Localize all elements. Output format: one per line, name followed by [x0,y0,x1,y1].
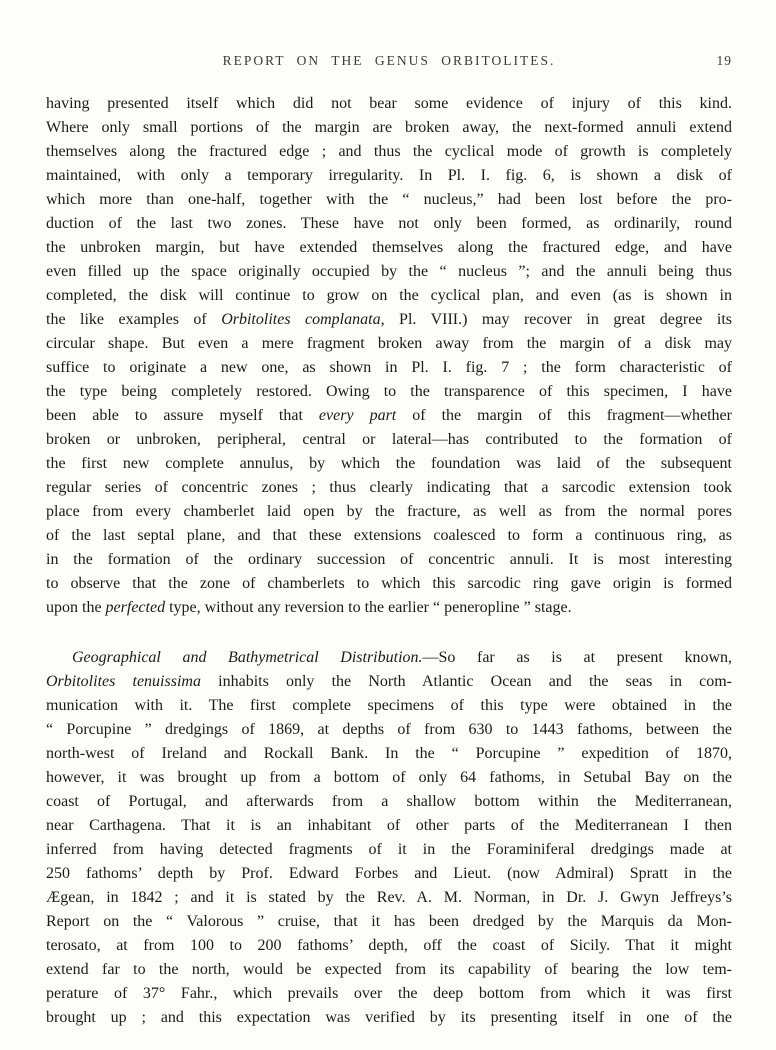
text-line: the type being completely restored. Owin… [46,380,732,404]
text-run: “ Porcupine ” dredgings of 1869, at dept… [46,721,732,738]
text-run: in the formation of the ordinary success… [46,551,732,568]
text-run: terosato, at from 100 to 200 fathoms’ de… [46,937,732,954]
text-run: near Carthagena. That it is an inhabitan… [46,817,732,834]
text-line: coast of Portugal, and afterwards from a… [46,790,732,814]
book-page: REPORT ON THE GENUS ORBITOLITES. 19 havi… [0,0,776,1050]
text-run: —So far as is at present known, [423,649,732,666]
text-line: munication with it. The first complete s… [46,694,732,718]
text-run: of the last septal plane, and that these… [46,527,732,544]
text-run: brought up ; and this expectation was ve… [46,1009,732,1026]
text-line: having presented itself which did not be… [46,92,732,116]
italic-text-run: Orbitolites tenuissima [46,673,201,690]
text-line: however, it was brought up from a bottom… [46,766,732,790]
text-line: maintained, with only a temporary irregu… [46,164,732,188]
italic-text-run: Geographical and Bathymetrical Distribut… [72,649,423,666]
text-line: Geographical and Bathymetrical Distribut… [46,646,732,670]
text-run: upon the [46,599,106,616]
text-run: broken or unbroken, peripheral, central … [46,431,732,448]
text-line: broken or unbroken, peripheral, central … [46,428,732,452]
text-line: the like examples of Orbitolites complan… [46,308,732,332]
italic-text-run: Orbitolites complanata [221,311,380,328]
text-line: which more than one-half, together with … [46,188,732,212]
text-line: perature of 37° Fahr., which prevails ov… [46,982,732,1006]
italic-text-run: every part [319,407,396,424]
text-line: in the formation of the ordinary success… [46,548,732,572]
text-line: to observe that the zone of chamberlets … [46,572,732,596]
text-line: the unbroken margin, but have extended t… [46,236,732,260]
text-line: completed, the disk will continue to gro… [46,284,732,308]
running-header: REPORT ON THE GENUS ORBITOLITES. 19 [46,53,732,71]
text-run: suffice to originate a new one, as shown… [46,359,732,376]
text-line: suffice to originate a new one, as shown… [46,356,732,380]
text-line: duction of the last two zones. These hav… [46,212,732,236]
text-run: which more than one-half, together with … [46,191,732,208]
text-line: circular shape. But even a mere fragment… [46,332,732,356]
text-run: the unbroken margin, but have extended t… [46,239,732,256]
text-run: even filled up the space originally occu… [46,263,732,280]
page-body: having presented itself which did not be… [46,92,732,1030]
text-line: the first new complete annulus, by which… [46,452,732,476]
running-header-title: REPORT ON THE GENUS ORBITOLITES. [46,53,732,69]
text-run: Report on the “ Valorous ” cruise, that … [46,913,732,930]
text-line: 250 fathoms’ depth by Prof. Edward Forbe… [46,862,732,886]
italic-text-run: perfected [106,599,166,616]
text-line: even filled up the space originally occu… [46,260,732,284]
text-run: circular shape. But even a mere fragment… [46,335,732,352]
text-line: Where only small portions of the margin … [46,116,732,140]
text-run: the type being completely restored. Owin… [46,383,732,400]
text-run: to observe that the zone of chamberlets … [46,575,732,592]
text-run: themselves along the fractured edge ; an… [46,143,732,160]
text-line: been able to assure myself that every pa… [46,404,732,428]
text-line: Report on the “ Valorous ” cruise, that … [46,910,732,934]
text-run: type, without any reversion to the earli… [165,599,572,616]
text-line: “ Porcupine ” dredgings of 1869, at dept… [46,718,732,742]
text-run: inferred from having detected fragments … [46,841,732,858]
text-run: maintained, with only a temporary irregu… [46,167,732,184]
text-run: perature of 37° Fahr., which prevails ov… [46,985,732,1002]
text-run: duction of the last two zones. These hav… [46,215,732,232]
page-number: 19 [717,53,733,69]
text-run: completed, the disk will continue to gro… [46,287,732,304]
text-line: north-west of Ireland and Rockall Bank. … [46,742,732,766]
text-run: Where only small portions of the margin … [46,119,732,136]
text-line: regular series of concentric zones ; thu… [46,476,732,500]
text-line: of the last septal plane, and that these… [46,524,732,548]
text-run: Ægean, in 1842 ; and it is stated by the… [46,889,732,906]
text-run: however, it was brought up from a bottom… [46,769,732,786]
text-run: north-west of Ireland and Rockall Bank. … [46,745,732,762]
text-run: the first new complete annulus, by which… [46,455,732,472]
text-run: coast of Portugal, and afterwards from a… [46,793,732,810]
text-line: Ægean, in 1842 ; and it is stated by the… [46,886,732,910]
text-run: , Pl. VIII.) may recover in great degree… [381,311,732,328]
text-line: terosato, at from 100 to 200 fathoms’ de… [46,934,732,958]
text-line: themselves along the fractured edge ; an… [46,140,732,164]
text-line: inferred from having detected fragments … [46,838,732,862]
text-run: extend far to the north, would be expect… [46,961,732,978]
text-run: inhabits only the North Atlantic Ocean a… [201,673,732,690]
text-run: regular series of concentric zones ; thu… [46,479,732,496]
text-line: near Carthagena. That it is an inhabitan… [46,814,732,838]
text-line: brought up ; and this expectation was ve… [46,1006,732,1030]
text-run: the like examples of [46,311,221,328]
text-line: Orbitolites tenuissima inhabits only the… [46,670,732,694]
text-run: place from every chamberlet laid open by… [46,503,732,520]
text-run: of the margin of this fragment—whether [396,407,732,424]
paragraph: Geographical and Bathymetrical Distribut… [46,646,732,1030]
text-run: been able to assure myself that [46,407,319,424]
text-run: 250 fathoms’ depth by Prof. Edward Forbe… [46,865,732,882]
text-line: extend far to the north, would be expect… [46,958,732,982]
text-run: munication with it. The first complete s… [46,697,732,714]
text-line: place from every chamberlet laid open by… [46,500,732,524]
text-run: having presented itself which did not be… [46,95,732,112]
text-line: upon the perfected type, without any rev… [46,596,732,620]
paragraph: having presented itself which did not be… [46,92,732,620]
